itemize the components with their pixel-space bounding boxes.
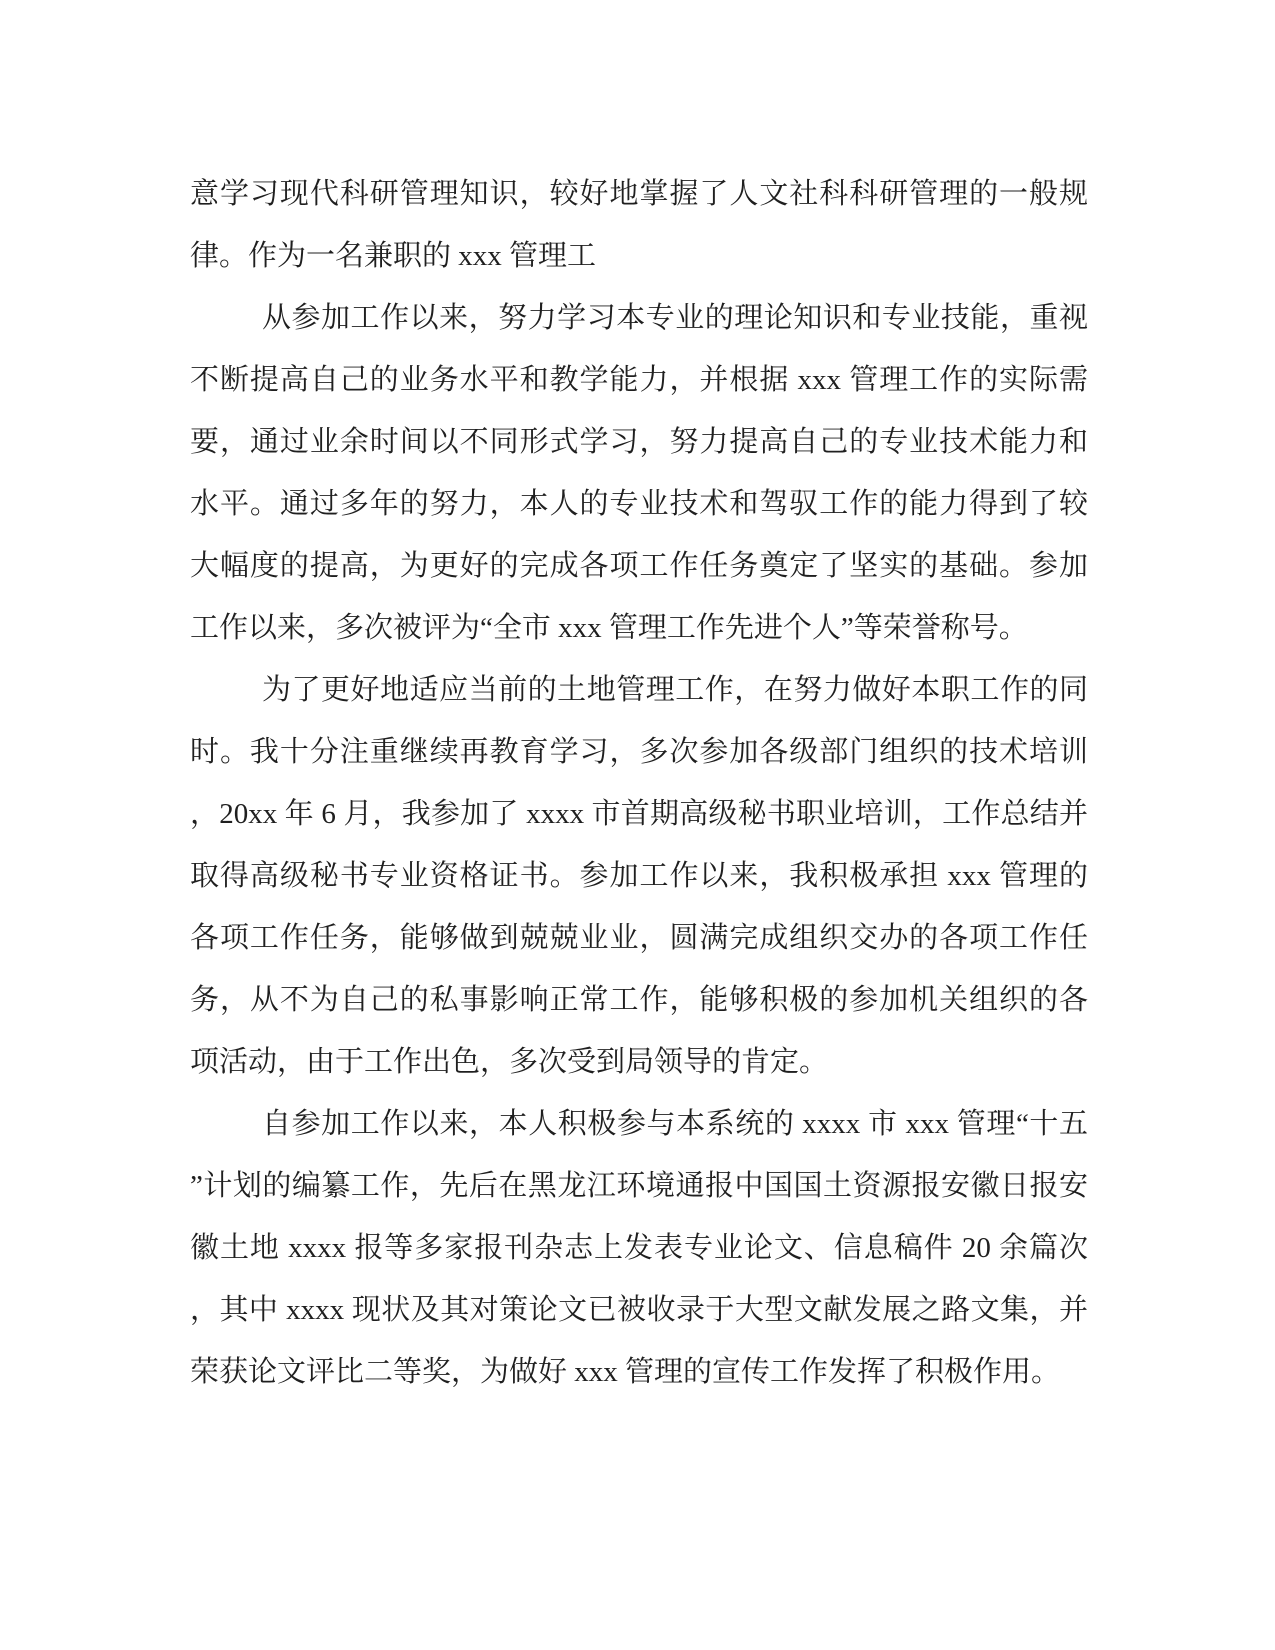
- text-line: 务，从不为自己的私事影响正常工作，能够积极的参加机关组织的各: [190, 969, 1088, 1031]
- paragraph-4: 自参加工作以来，本人积极参与本系统的 xxxx 市 xxx 管理“十五 ”计划的…: [190, 1093, 1088, 1403]
- text-line: 各项工作任务，能够做到兢兢业业，圆满完成组织交办的各项工作任: [190, 907, 1088, 969]
- text-line: ，20xx 年 6 月，我参加了 xxxx 市首期高级秘书职业培训，工作总结并: [190, 783, 1088, 845]
- text-line: 自参加工作以来，本人积极参与本系统的 xxxx 市 xxx 管理“十五: [190, 1093, 1088, 1155]
- text-line: 从参加工作以来，努力学习本专业的理论知识和专业技能，重视: [190, 287, 1088, 349]
- paragraph-2: 从参加工作以来，努力学习本专业的理论知识和专业技能，重视 不断提高自己的业务水平…: [190, 287, 1088, 659]
- text-line: 时。我十分注重继续再教育学习，多次参加各级部门组织的技术培训: [190, 721, 1088, 783]
- text-line: 项活动，由于工作出色，多次受到局领导的肯定。: [190, 1031, 1088, 1093]
- paragraph-3: 为了更好地适应当前的土地管理工作，在努力做好本职工作的同 时。我十分注重继续再教…: [190, 659, 1088, 1093]
- document-body: 意学习现代科研管理知识，较好地掌握了人文社科科研管理的一般规 律。作为一名兼职的…: [190, 163, 1088, 1403]
- text-line: ”计划的编纂工作，先后在黑龙江环境通报中国国土资源报安徽日报安: [190, 1155, 1088, 1217]
- text-line: ，其中 xxxx 现状及其对策论文已被收录于大型文献发展之路文集，并: [190, 1279, 1088, 1341]
- text-line: 不断提高自己的业务水平和教学能力，并根据 xxx 管理工作的实际需: [190, 349, 1088, 411]
- text-line: 水平。通过多年的努力，本人的专业技术和驾驭工作的能力得到了较: [190, 473, 1088, 535]
- text-line: 要，通过业余时间以不同形式学习，努力提高自己的专业技术能力和: [190, 411, 1088, 473]
- text-line: 大幅度的提高，为更好的完成各项工作任务奠定了坚实的基础。参加: [190, 535, 1088, 597]
- text-line: 徽土地 xxxx 报等多家报刊杂志上发表专业论文、信息稿件 20 余篇次: [190, 1217, 1088, 1279]
- text-line: 工作以来，多次被评为“全市 xxx 管理工作先进个人”等荣誉称号。: [190, 597, 1088, 659]
- text-line: 为了更好地适应当前的土地管理工作，在努力做好本职工作的同: [190, 659, 1088, 721]
- document-page: 意学习现代科研管理知识，较好地掌握了人文社科科研管理的一般规 律。作为一名兼职的…: [0, 0, 1275, 1650]
- text-line: 意学习现代科研管理知识，较好地掌握了人文社科科研管理的一般规: [190, 163, 1088, 225]
- paragraph-1: 意学习现代科研管理知识，较好地掌握了人文社科科研管理的一般规 律。作为一名兼职的…: [190, 163, 1088, 287]
- text-line: 取得高级秘书专业资格证书。参加工作以来，我积极承担 xxx 管理的: [190, 845, 1088, 907]
- text-line: 律。作为一名兼职的 xxx 管理工: [190, 225, 1088, 287]
- text-line: 荣获论文评比二等奖，为做好 xxx 管理的宣传工作发挥了积极作用。: [190, 1341, 1088, 1403]
